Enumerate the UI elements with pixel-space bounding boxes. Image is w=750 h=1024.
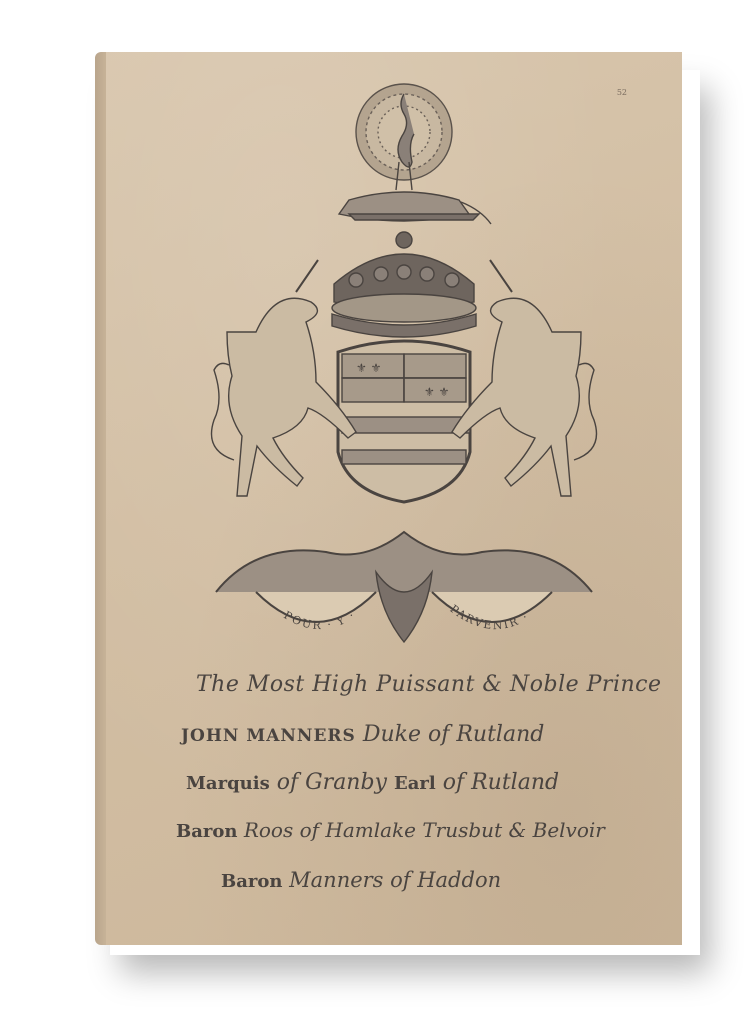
inscription-rutland: of Rutland (443, 770, 559, 795)
inscription-earl: Earl (394, 773, 436, 794)
peacock-crest-icon (356, 84, 452, 190)
inscription-line-3: Marquis of Granby Earl of Rutland (186, 770, 559, 795)
inscription-roos: Roos of Hamlake Trusbut & Belvoir (244, 818, 605, 842)
inscription-baron-1: Baron (176, 821, 237, 842)
compartment-scrollwork (216, 532, 592, 642)
svg-text:⚜ ⚜: ⚜ ⚜ (424, 385, 449, 399)
inscription-haddon: Manners of Haddon (289, 868, 501, 892)
inscription-line-1: The Most High Puissant & Noble Prince (196, 672, 662, 697)
inscription-baron-2: Baron (221, 871, 282, 892)
inscription-line-2: JOHN MANNERS Duke of Rutland (181, 722, 544, 747)
inscription-line-4: Baron Roos of Hamlake Trusbut & Belvoir (176, 818, 605, 842)
ducal-coronet-icon (332, 232, 476, 337)
inscription-title: Duke of Rutland (363, 722, 545, 747)
canvas-print: 52 (106, 52, 682, 945)
inscription-marquis: Marquis (186, 773, 270, 794)
inscription-granby: of Granby (277, 770, 387, 795)
svg-text:⚜ ⚜: ⚜ ⚜ (356, 361, 381, 375)
inscription-name: JOHN MANNERS (181, 726, 356, 746)
inscription-line-5: Baron Manners of Haddon (221, 868, 501, 892)
shield-icon: ⚜ ⚜ ⚜ ⚜ (338, 341, 470, 502)
coat-of-arms-illustration: ⚜ ⚜ ⚜ ⚜ (106, 52, 682, 672)
